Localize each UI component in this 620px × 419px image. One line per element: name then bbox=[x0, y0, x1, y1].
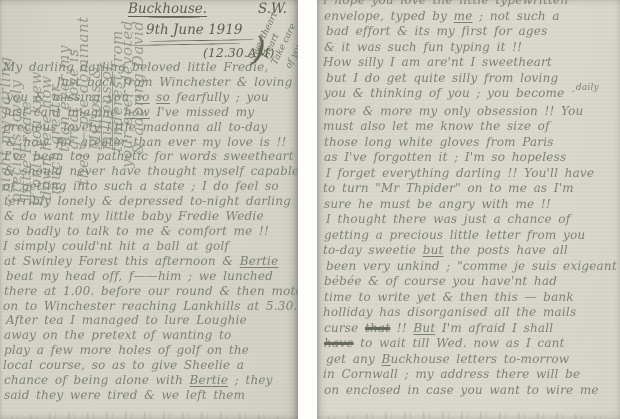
letter-line: there at 1.00. before our round & then m… bbox=[4, 284, 298, 299]
letter-line: After tea I managed to lure Loughie bbox=[6, 313, 298, 328]
letter-line: to turn "Mr Thpider" on to me as I'm bbox=[323, 181, 619, 197]
letter-line: time to write yet & then this — bank bbox=[324, 290, 620, 306]
header-address: Buckhouse. bbox=[128, 1, 207, 17]
letter-line: My darling darling beloved little Fredie… bbox=[3, 60, 297, 75]
letter-line: & do want my little baby Fredie Wedie bbox=[4, 209, 298, 224]
letter-line: curse that !! But I'm afraid I shall bbox=[324, 321, 620, 337]
letter-line: play a few more holes of golf on the bbox=[4, 343, 298, 358]
letter-line: beat my head off, f——him ; we lunched bbox=[6, 269, 298, 284]
letter-line: as I've forgotten it ; I'm so hopeless bbox=[324, 150, 620, 166]
partial-line-strokes bbox=[6, 412, 292, 419]
letter-line: more & more my only obsession !! You bbox=[324, 104, 620, 120]
letter-line: in Cornwall ; my address there will be bbox=[323, 367, 619, 383]
letter-line: I simply could'nt hit a ball at golf bbox=[3, 239, 297, 254]
page-gap bbox=[298, 0, 317, 419]
letter-line: bébée & of course you have'nt had bbox=[324, 274, 620, 290]
date-underline bbox=[150, 39, 254, 42]
letter-line: on to Winchester reaching Lankhills at 5… bbox=[3, 299, 297, 314]
letter-line: I hope you love the little typewritten bbox=[323, 0, 619, 9]
letter-page-right: I hope you love the little typewrittenen… bbox=[317, 0, 620, 419]
letter-line: so badly to talk to me & comfort me !! bbox=[6, 224, 298, 239]
cross-writing-line: & adoring David bbox=[129, 20, 147, 155]
right-page-body: I hope you love the little typewrittenen… bbox=[324, 0, 620, 398]
letter-line: you & thinking of you ; you become daily bbox=[324, 86, 620, 104]
letter-line: been very unkind ; "comme je suis exigea… bbox=[326, 259, 620, 275]
letter-line: away on the pretext of wanting to bbox=[4, 328, 298, 343]
letter-line: How silly I am are'nt I sweetheart bbox=[323, 55, 619, 71]
letter-line: said they were tired & we left them bbox=[4, 388, 298, 403]
letter-line: holliday has disorganised all the mails bbox=[323, 305, 619, 321]
letter-line: on enclosed in case you want to wire me bbox=[324, 383, 620, 399]
partial-line-strokes bbox=[323, 412, 614, 419]
letter-line: envelope, typed by me ; not such a bbox=[324, 9, 620, 25]
letter-photo: Buckhouse. S.W. 9th June 1919 (12.30.AM)… bbox=[0, 0, 620, 419]
letter-line: get any Buckhouse letters to-morrow bbox=[326, 352, 620, 368]
letter-line: local course, so as to give Sheelie a bbox=[3, 358, 297, 373]
letter-line: & it was such fun typing it !! bbox=[324, 40, 620, 56]
letter-line: at Swinley Forest this afternoon & Berti… bbox=[4, 254, 298, 269]
letter-line: must also let me know the size of bbox=[323, 119, 619, 135]
letter-line: to-day sweetie but the posts have all bbox=[323, 243, 619, 259]
letter-line: bad effort & its my first for ages bbox=[326, 24, 620, 40]
letter-line: I thought there was just a chance of bbox=[326, 212, 620, 228]
letter-line: those long white gloves from Paris bbox=[324, 135, 620, 151]
address-underline bbox=[148, 17, 200, 18]
letter-line: I forget everything darling !! You'll ha… bbox=[326, 166, 620, 182]
header-date: 9th June 1919 bbox=[146, 22, 242, 38]
letter-line: sure he must be angry with me !! bbox=[324, 197, 620, 213]
letter-line: have to wait till Wed. now as I cant bbox=[324, 336, 620, 352]
letter-line: chance of being alone with Bertie ; they bbox=[4, 373, 298, 388]
letter-page-left: Buckhouse. S.W. 9th June 1919 (12.30.AM)… bbox=[0, 0, 298, 419]
letter-line: getting a precious little letter from yo… bbox=[324, 228, 620, 244]
